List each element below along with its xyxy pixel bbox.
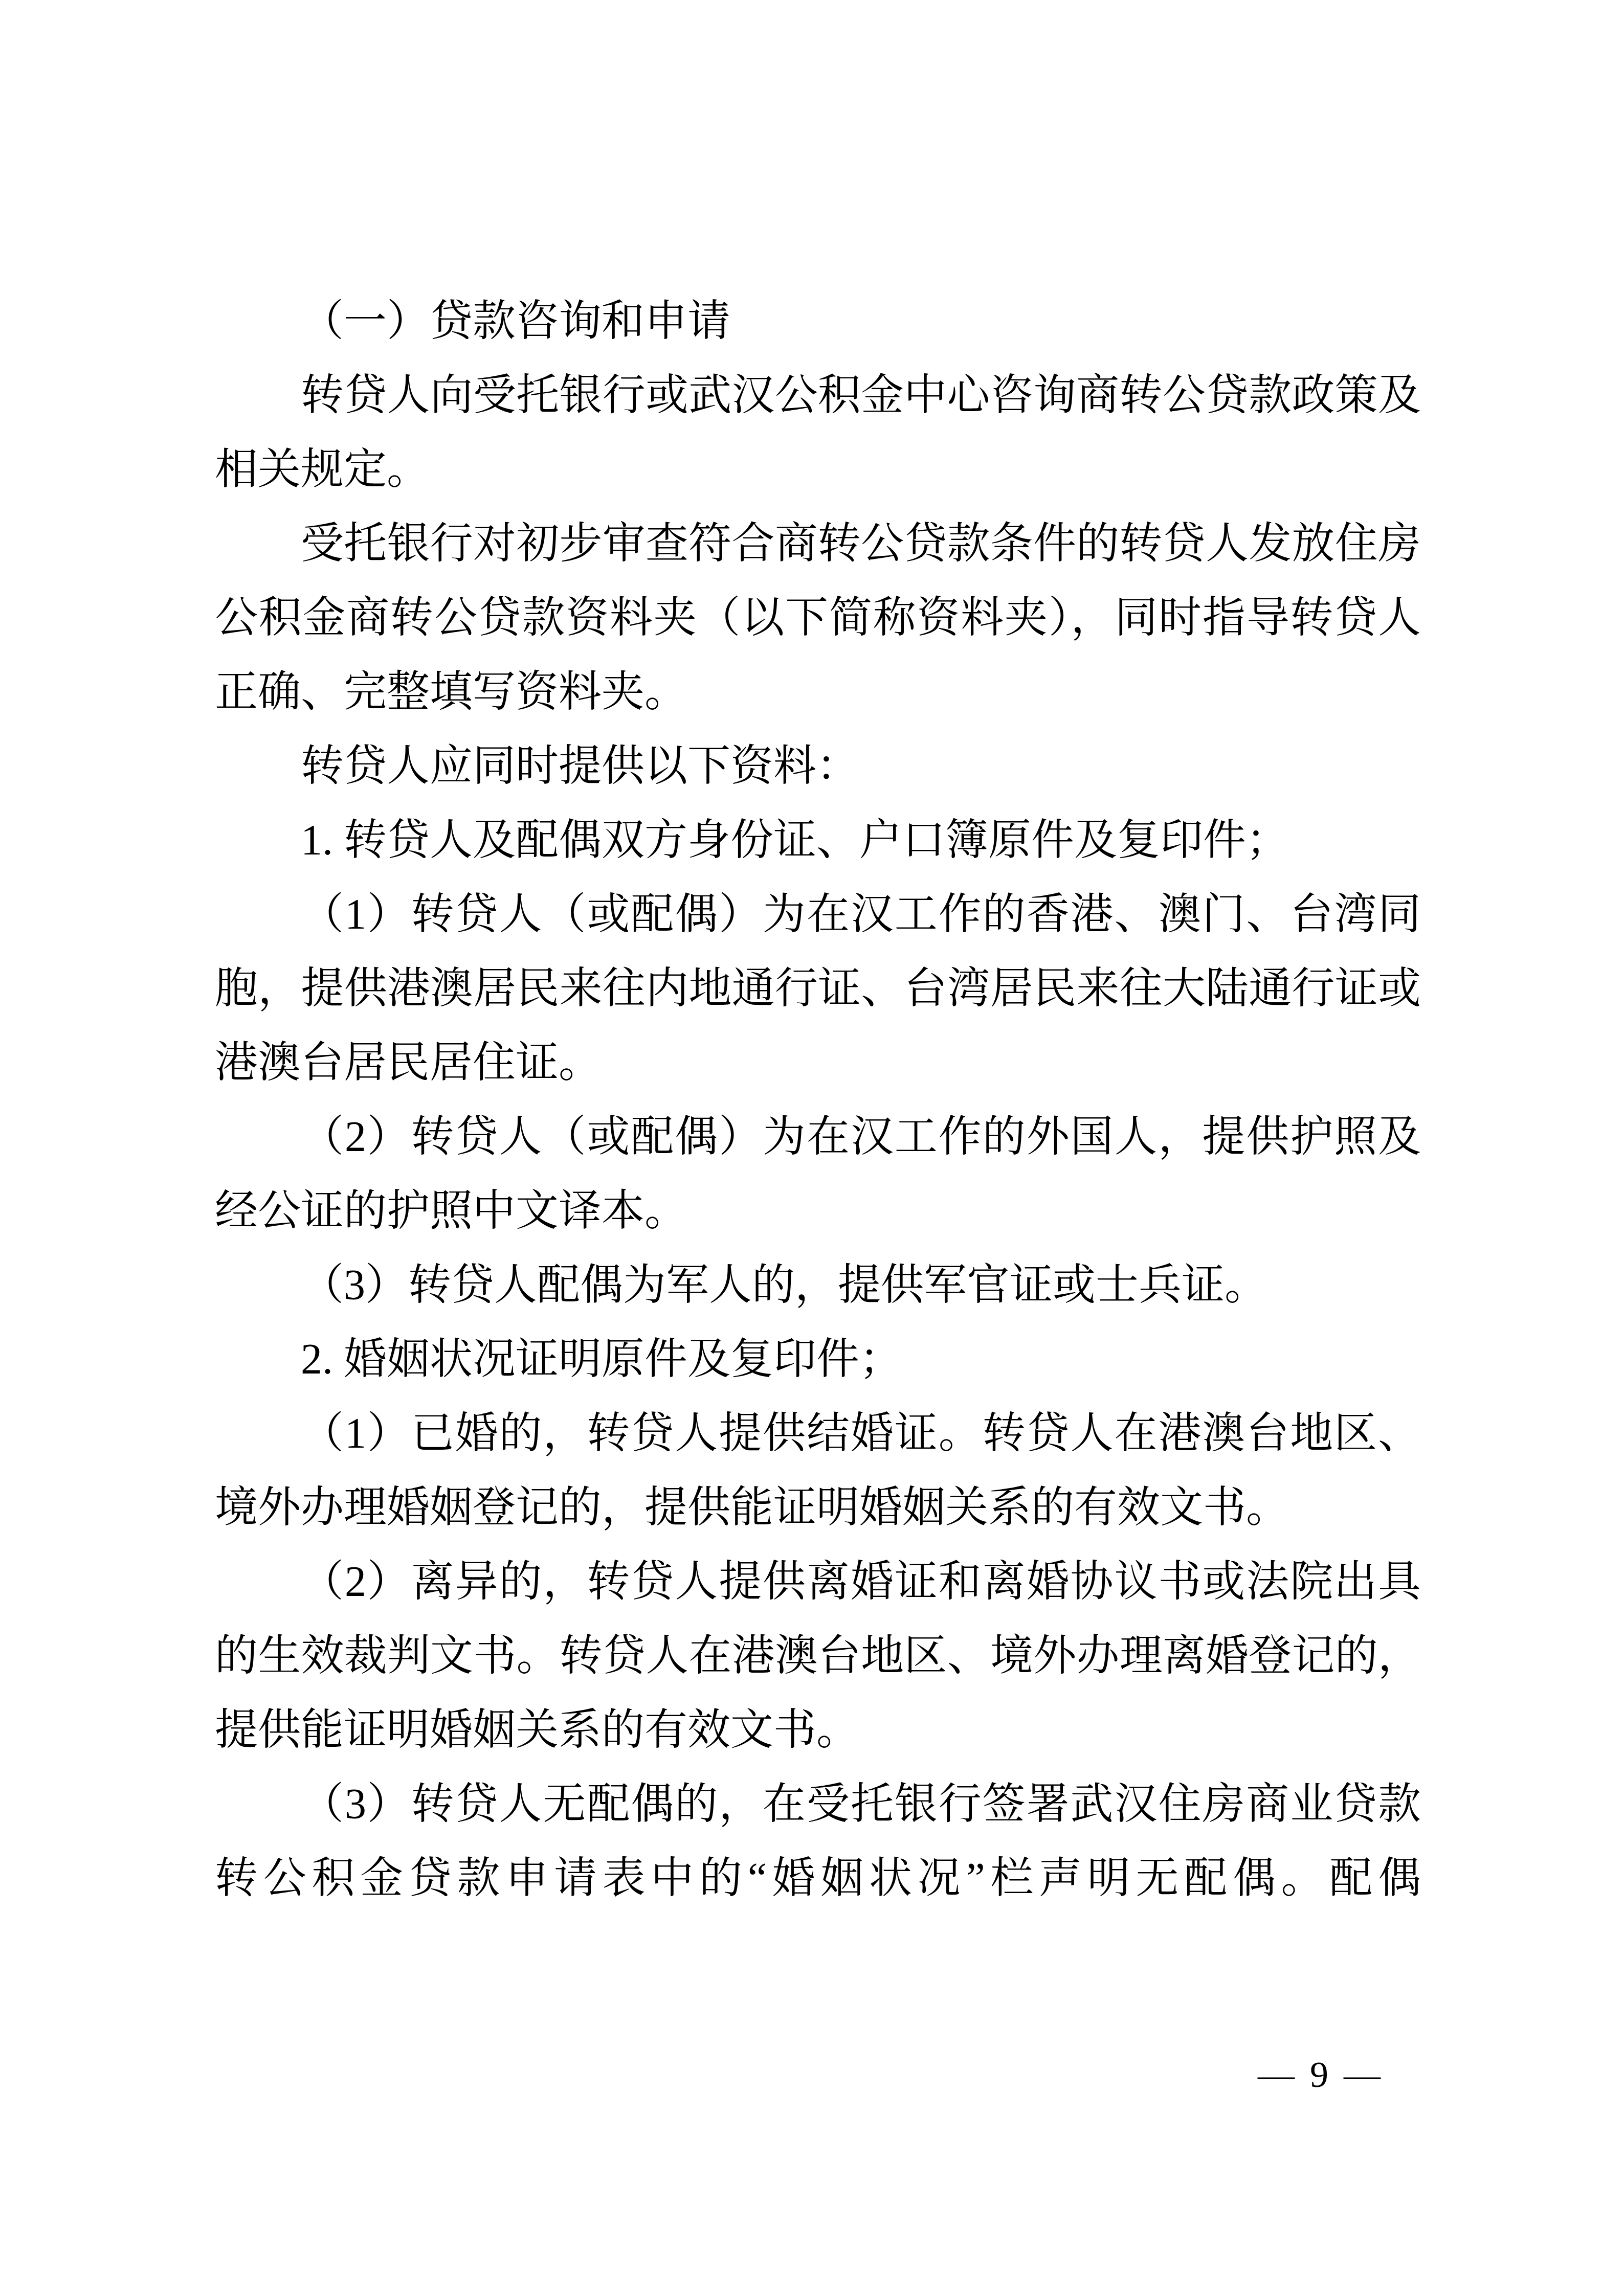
document-page: （一）贷款咨询和申请 转贷人向受托银行或武汉公积金中心咨询商转公贷款政策及相关规… [0,0,1624,2296]
paragraph-item-1-3-military: （3）转贷人配偶为军人的，提供军官证或士兵证。 [215,1248,1421,1322]
paragraph-item-1-2-foreigner: （2）转贷人（或配偶）为在汉工作的外国人，提供护照及经公证的护照中文译本。 [215,1100,1421,1248]
paragraph-item-2-marriage-proof: 2. 婚姻状况证明原件及复印件； [215,1322,1421,1397]
paragraph-item-2-1-married: （1）已婚的，转贷人提供结婚证。转贷人在港澳台地区、境外办理婚姻登记的，提供能证… [215,1397,1421,1545]
page-number: — 9 — [1258,2046,1384,2103]
paragraph-item-1-id-documents: 1. 转贷人及配偶双方身份证、户口簿原件及复印件； [215,803,1421,877]
paragraph-item-2-2-divorced: （2）离异的，转贷人提供离婚证和离婚协议书或法院出具的生效裁判文书。转贷人在港澳… [215,1545,1421,1767]
paragraph-bank-issues-folder: 受托银行对初步审查符合商转公贷款条件的转贷人发放住房公积金商转公贷款资料夹（以下… [215,507,1421,729]
paragraph-item-2-3-no-spouse: （3）转贷人无配偶的，在受托银行签署武汉住房商业贷款转公积金贷款申请表中的“婚姻… [215,1767,1421,1916]
section-heading-loan-consultation-and-application: （一）贷款咨询和申请 [215,284,1421,358]
paragraph-materials-intro: 转贷人应同时提供以下资料： [215,729,1421,803]
paragraph-consult-policy: 转贷人向受托银行或武汉公积金中心咨询商转公贷款政策及相关规定。 [215,358,1421,507]
paragraph-item-1-1-hk-macao-taiwan: （1）转贷人（或配偶）为在汉工作的香港、澳门、台湾同胞，提供港澳居民来往内地通行… [215,877,1421,1100]
document-body: （一）贷款咨询和申请 转贷人向受托银行或武汉公积金中心咨询商转公贷款政策及相关规… [215,284,1421,1916]
